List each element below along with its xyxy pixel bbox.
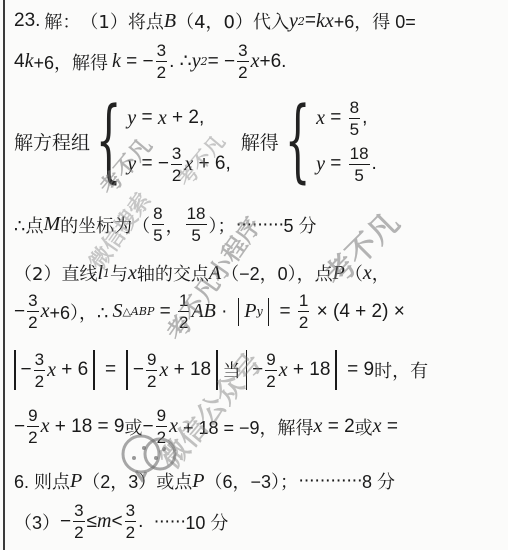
text: 4 <box>14 51 25 73</box>
text: = <box>305 10 316 32</box>
left-border-line <box>3 0 5 550</box>
system-solution: x = 85 , y = 185 . <box>316 98 377 184</box>
text: +6，得 0= <box>334 8 416 34</box>
text: （ <box>345 260 363 286</box>
fraction: 32 <box>27 292 38 331</box>
text: （2）直线 <box>14 260 97 286</box>
text: （−2，0），点 <box>221 260 333 286</box>
solution-y: y = 185 . <box>316 144 377 184</box>
subscript: △ABP <box>122 305 154 318</box>
var-P: P <box>333 262 345 285</box>
result-label: 解得 <box>241 128 279 155</box>
system-label: 解方程组 <box>14 128 90 155</box>
text: − <box>14 301 25 323</box>
part3-line: （3） − 32 ≤ m < 32 . ······ 10 分 <box>14 502 228 541</box>
var-x: x <box>41 300 50 323</box>
part1-line1: 23. 解： （1）将点 B （4，0）代入 y2 = kx +6，得 0= <box>14 8 416 34</box>
text: （6，−3）； <box>204 468 298 494</box>
fraction: 185 <box>186 205 207 244</box>
text: ， <box>166 212 184 238</box>
solve-label: 解： <box>44 8 80 34</box>
var-x: x <box>251 50 260 73</box>
text: = − <box>121 51 154 73</box>
score-label: 10 分 <box>185 509 228 535</box>
equation-2: y = − 32 x + 6, <box>127 144 231 184</box>
abs-bar <box>126 350 128 390</box>
text: ）； <box>209 212 236 238</box>
subscript: 1 <box>103 267 110 280</box>
var-y: y <box>192 50 201 73</box>
part2-line4: − 92 x + 18 = 9 或 − 92 x + 18 = −9，解得 x … <box>14 407 398 446</box>
var-A: A <box>209 262 221 285</box>
abs-bar <box>268 298 270 326</box>
left-brace: { <box>285 96 311 186</box>
text: · <box>216 301 233 323</box>
var-B: B <box>164 10 176 33</box>
var-x: x <box>128 262 137 285</box>
text: +6. <box>260 51 287 73</box>
text: 的坐标为（ <box>60 212 150 238</box>
fraction: 32 <box>237 42 248 81</box>
fraction: 12 <box>298 292 309 331</box>
point-m-line: ∴点 M 的坐标为（ 85 ， 185 ）； ········· 5 分 <box>14 205 316 244</box>
text: +6），∴ <box>49 299 108 325</box>
equation-system: 解方程组 { y = x + 2, y = − 32 x + 6, 解得 { x… <box>14 96 377 186</box>
part2-line3: − 32 x + 6 = − 92 x + 18 当 − 92 x + 18 =… <box>14 350 428 390</box>
var-m: m <box>97 510 111 533</box>
part2-line2: − 32 x +6），∴ S△ABP = 12 AB · Py = 12 × (… <box>14 292 405 331</box>
part1-line2: 4 k +6，解得 k = − 32 . ∴ y2 = − 32 x +6. <box>14 42 286 81</box>
subscript: 2 <box>201 55 208 68</box>
var-P: P <box>70 470 82 493</box>
left-brace: { <box>96 96 122 186</box>
equation-1: y = x + 2, <box>127 98 231 138</box>
var-AB: AB <box>191 300 215 323</box>
leader-dots: ············ <box>298 470 362 492</box>
abs-bar <box>246 350 248 390</box>
abs-bar <box>335 350 337 390</box>
fraction: 85 <box>152 205 163 244</box>
score-label: 8 分 <box>362 468 395 494</box>
var-P: P <box>192 470 204 493</box>
text: （4，0）代入 <box>176 8 289 34</box>
part2-line5: 6. 则点 P （2，3）或点 P （6，−3）； ············ 8… <box>14 468 395 494</box>
text: = <box>274 301 296 323</box>
subscript: y <box>257 305 263 318</box>
leader-dots: ········· <box>236 214 284 236</box>
abs-bar <box>93 350 95 390</box>
text: 轴的交点 <box>137 260 209 286</box>
text: = <box>154 301 176 323</box>
fraction: 32 <box>156 42 167 81</box>
system-equations: y = x + 2, y = − 32 x + 6, <box>127 98 231 184</box>
var-k: k <box>112 50 121 73</box>
abs-bar <box>14 350 16 390</box>
var-P: P <box>244 300 256 323</box>
text: （1）将点 <box>80 8 163 34</box>
text: （3） <box>14 509 60 535</box>
var-x: x <box>363 262 372 285</box>
text: ， <box>372 260 390 286</box>
text: +6，解得 <box>33 49 108 75</box>
part2-line1: （2）直线 l1 与 x 轴的交点 A （−2，0），点 P （ x ， <box>14 260 390 286</box>
text: （2，3）或点 <box>82 468 192 494</box>
var-k: k <box>25 50 34 73</box>
var-kx: kx <box>316 10 334 33</box>
text: = − <box>208 51 235 73</box>
leader-dots: ······ <box>153 511 185 533</box>
text: 当 <box>223 357 241 383</box>
text: × (4 + 2) × <box>311 301 404 323</box>
var-S: S <box>112 300 122 323</box>
solution-x: x = 85 , <box>316 98 377 138</box>
text: 时，有 <box>374 357 428 383</box>
abs-bar <box>216 350 218 390</box>
text: ∴点 <box>14 212 43 238</box>
text: 6. 则点 <box>14 468 70 494</box>
subscript: 2 <box>298 15 305 28</box>
var-y: y <box>289 10 298 33</box>
problem-number: 23. <box>14 10 40 32</box>
text: . ∴ <box>169 50 192 73</box>
abs-bar <box>238 298 240 326</box>
fraction: 12 <box>178 292 189 331</box>
var-M: M <box>43 213 60 236</box>
text: 与 <box>110 260 128 286</box>
score-label: 5 分 <box>283 212 316 238</box>
